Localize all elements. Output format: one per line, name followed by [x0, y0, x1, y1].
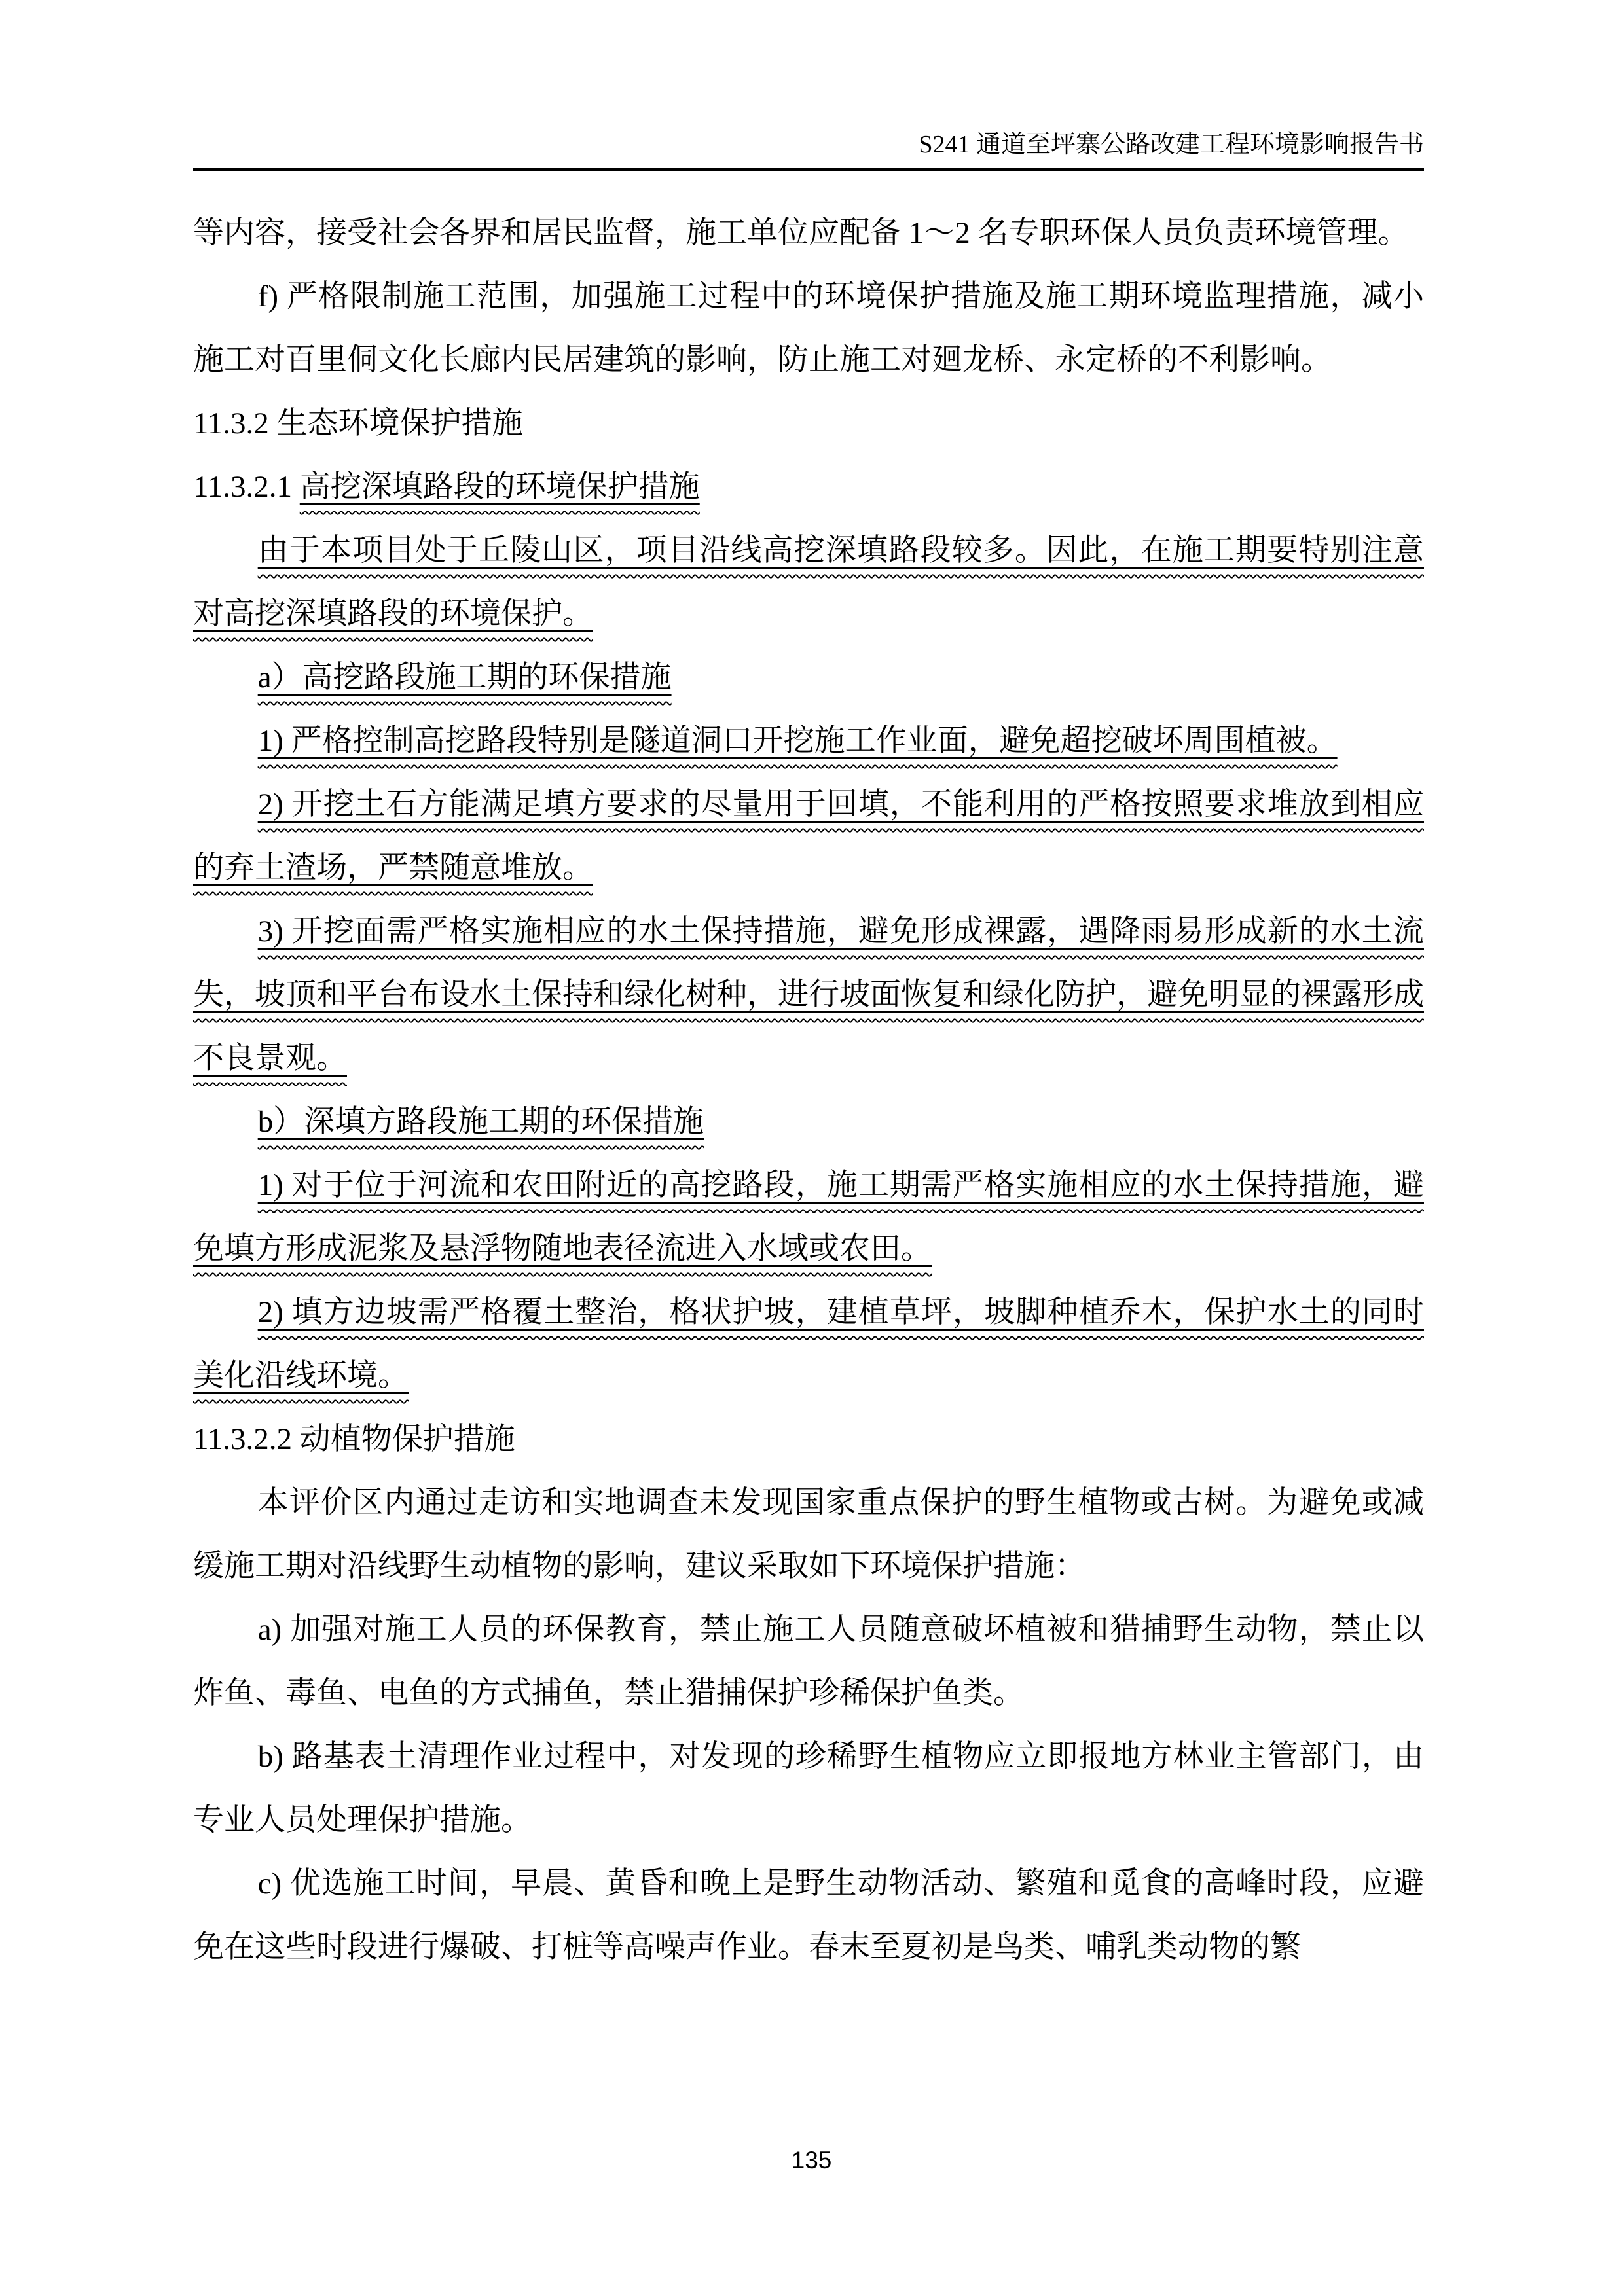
- paragraph-text: 11.3.2.2 动植物保护措施: [193, 1422, 515, 1456]
- inserted-text-wavy-underline: 高挖深填路段的环境保护措施: [300, 470, 700, 504]
- paragraph: b) 路基表土清理作业过程中，对发现的珍稀野生植物应立即报地方林业主管部门，由专…: [193, 1725, 1424, 1852]
- inserted-text-underline: a）高挖路段施工期的环保措施: [258, 660, 672, 694]
- inserted-text-wavy-underline: 2) 开挖土石方能满足填方要求的尽量用于回填，不能利用的严格按照要求堆放到相应的…: [193, 787, 1424, 885]
- inserted-text-wavy-underline: a）高挖路段施工期的环保措施: [258, 660, 672, 694]
- paragraph: 1) 对于位于河流和农田附近的高挖路段，施工期需严格实施相应的水土保持措施，避免…: [193, 1154, 1424, 1281]
- inserted-text-underline: 3) 开挖面需严格实施相应的水土保持措施，避免形成裸露，遇降雨易形成新的水土流失…: [193, 914, 1424, 1075]
- inserted-text-wavy-underline: 1) 对于位于河流和农田附近的高挖路段，施工期需严格实施相应的水土保持措施，避免…: [193, 1168, 1424, 1266]
- paragraph: 3) 开挖面需严格实施相应的水土保持措施，避免形成裸露，遇降雨易形成新的水土流失…: [193, 900, 1424, 1090]
- paragraph-text: b) 路基表土清理作业过程中，对发现的珍稀野生植物应立即报地方林业主管部门，由专…: [193, 1740, 1424, 1837]
- paragraph: 1) 严格控制高挖路段特别是隧道洞口开挖施工作业面，避免超挖破坏周围植被。: [193, 709, 1424, 773]
- paragraph: c) 优选施工时间，早晨、黄昏和晚上是野生动物活动、繁殖和觅食的高峰时段，应避免…: [193, 1852, 1424, 1979]
- inserted-text-wavy-underline: b）深填方路段施工期的环保措施: [258, 1105, 704, 1139]
- paragraph-text: f) 严格限制施工范围，加强施工过程中的环境保护措施及施工期环境监理措施，减小施…: [193, 279, 1424, 377]
- section-heading: 11.3.2 生态环境保护措施: [193, 392, 1424, 456]
- paragraph: 由于本项目处于丘陵山区，项目沿线高挖深填路段较多。因此，在施工期要特别注意对高挖…: [193, 519, 1424, 646]
- inserted-text-underline: 由于本项目处于丘陵山区，项目沿线高挖深填路段较多。因此，在施工期要特别注意对高挖…: [193, 533, 1424, 631]
- page-footer: 135: [0, 2147, 1623, 2174]
- paragraph-text: 本评价区内通过走访和实地调查未发现国家重点保护的野生植物或古树。为避免或减缓施工…: [193, 1486, 1424, 1583]
- paragraph-text: a) 加强对施工人员的环保教育，禁止施工人员随意破坏植被和猎捕野生动物，禁止以炸…: [193, 1613, 1424, 1710]
- paragraph: 2) 填方边坡需严格覆土整治，格状护坡，建植草坪，坡脚种植乔木，保护水土的同时美…: [193, 1281, 1424, 1408]
- paragraph: 等内容，接受社会各界和居民监督，施工单位应配备 1～2 名专职环保人员负责环境管…: [193, 202, 1424, 265]
- paragraph: a) 加强对施工人员的环保教育，禁止施工人员随意破坏植被和猎捕野生动物，禁止以炸…: [193, 1598, 1424, 1725]
- inserted-text-underline: b）深填方路段施工期的环保措施: [258, 1105, 704, 1139]
- inserted-text-wavy-underline: 2) 填方边坡需严格覆土整治，格状护坡，建植草坪，坡脚种植乔木，保护水土的同时美…: [193, 1295, 1424, 1393]
- document-body: 等内容，接受社会各界和居民监督，施工单位应配备 1～2 名专职环保人员负责环境管…: [193, 202, 1424, 1979]
- inserted-text-underline: 高挖深填路段的环境保护措施: [300, 470, 700, 504]
- section-heading: 11.3.2.1 高挖深填路段的环境保护措施: [193, 456, 1424, 519]
- paragraph-text: 11.3.2 生态环境保护措施: [193, 406, 523, 440]
- page-number: 135: [792, 2147, 832, 2174]
- page-header: S241 通道至坪寨公路改建工程环境影响报告书: [193, 130, 1424, 171]
- paragraph: f) 严格限制施工范围，加强施工过程中的环境保护措施及施工期环境监理措施，减小施…: [193, 265, 1424, 392]
- paragraph: 2) 开挖土石方能满足填方要求的尽量用于回填，不能利用的严格按照要求堆放到相应的…: [193, 773, 1424, 900]
- paragraph: a）高挖路段施工期的环保措施: [193, 646, 1424, 709]
- document-page: S241 通道至坪寨公路改建工程环境影响报告书 等内容，接受社会各界和居民监督，…: [0, 0, 1623, 2296]
- inserted-text-underline: 2) 填方边坡需严格覆土整治，格状护坡，建植草坪，坡脚种植乔木，保护水土的同时美…: [193, 1295, 1424, 1393]
- section-heading: 11.3.2.2 动植物保护措施: [193, 1408, 1424, 1471]
- inserted-text-wavy-underline: 3) 开挖面需严格实施相应的水土保持措施，避免形成裸露，遇降雨易形成新的水土流失…: [193, 914, 1424, 1075]
- paragraph: 本评价区内通过走访和实地调查未发现国家重点保护的野生植物或古树。为避免或减缓施工…: [193, 1471, 1424, 1598]
- inserted-text-wavy-underline: 由于本项目处于丘陵山区，项目沿线高挖深填路段较多。因此，在施工期要特别注意对高挖…: [193, 533, 1424, 631]
- inserted-text-wavy-underline: 1) 严格控制高挖路段特别是隧道洞口开挖施工作业面，避免超挖破坏周围植被。: [258, 724, 1338, 758]
- heading-number: 11.3.2.1: [193, 470, 300, 504]
- paragraph-text: c) 优选施工时间，早晨、黄昏和晚上是野生动物活动、繁殖和觅食的高峰时段，应避免…: [193, 1867, 1424, 1964]
- paragraph-text: 等内容，接受社会各界和居民监督，施工单位应配备 1～2 名专职环保人员负责环境管…: [193, 216, 1409, 250]
- inserted-text-underline: 2) 开挖土石方能满足填方要求的尽量用于回填，不能利用的严格按照要求堆放到相应的…: [193, 787, 1424, 885]
- inserted-text-underline: 1) 对于位于河流和农田附近的高挖路段，施工期需严格实施相应的水土保持措施，避免…: [193, 1168, 1424, 1266]
- inserted-text-underline: 1) 严格控制高挖路段特别是隧道洞口开挖施工作业面，避免超挖破坏周围植被。: [258, 724, 1338, 758]
- report-title: S241 通道至坪寨公路改建工程环境影响报告书: [193, 130, 1424, 160]
- paragraph: b）深填方路段施工期的环保措施: [193, 1090, 1424, 1154]
